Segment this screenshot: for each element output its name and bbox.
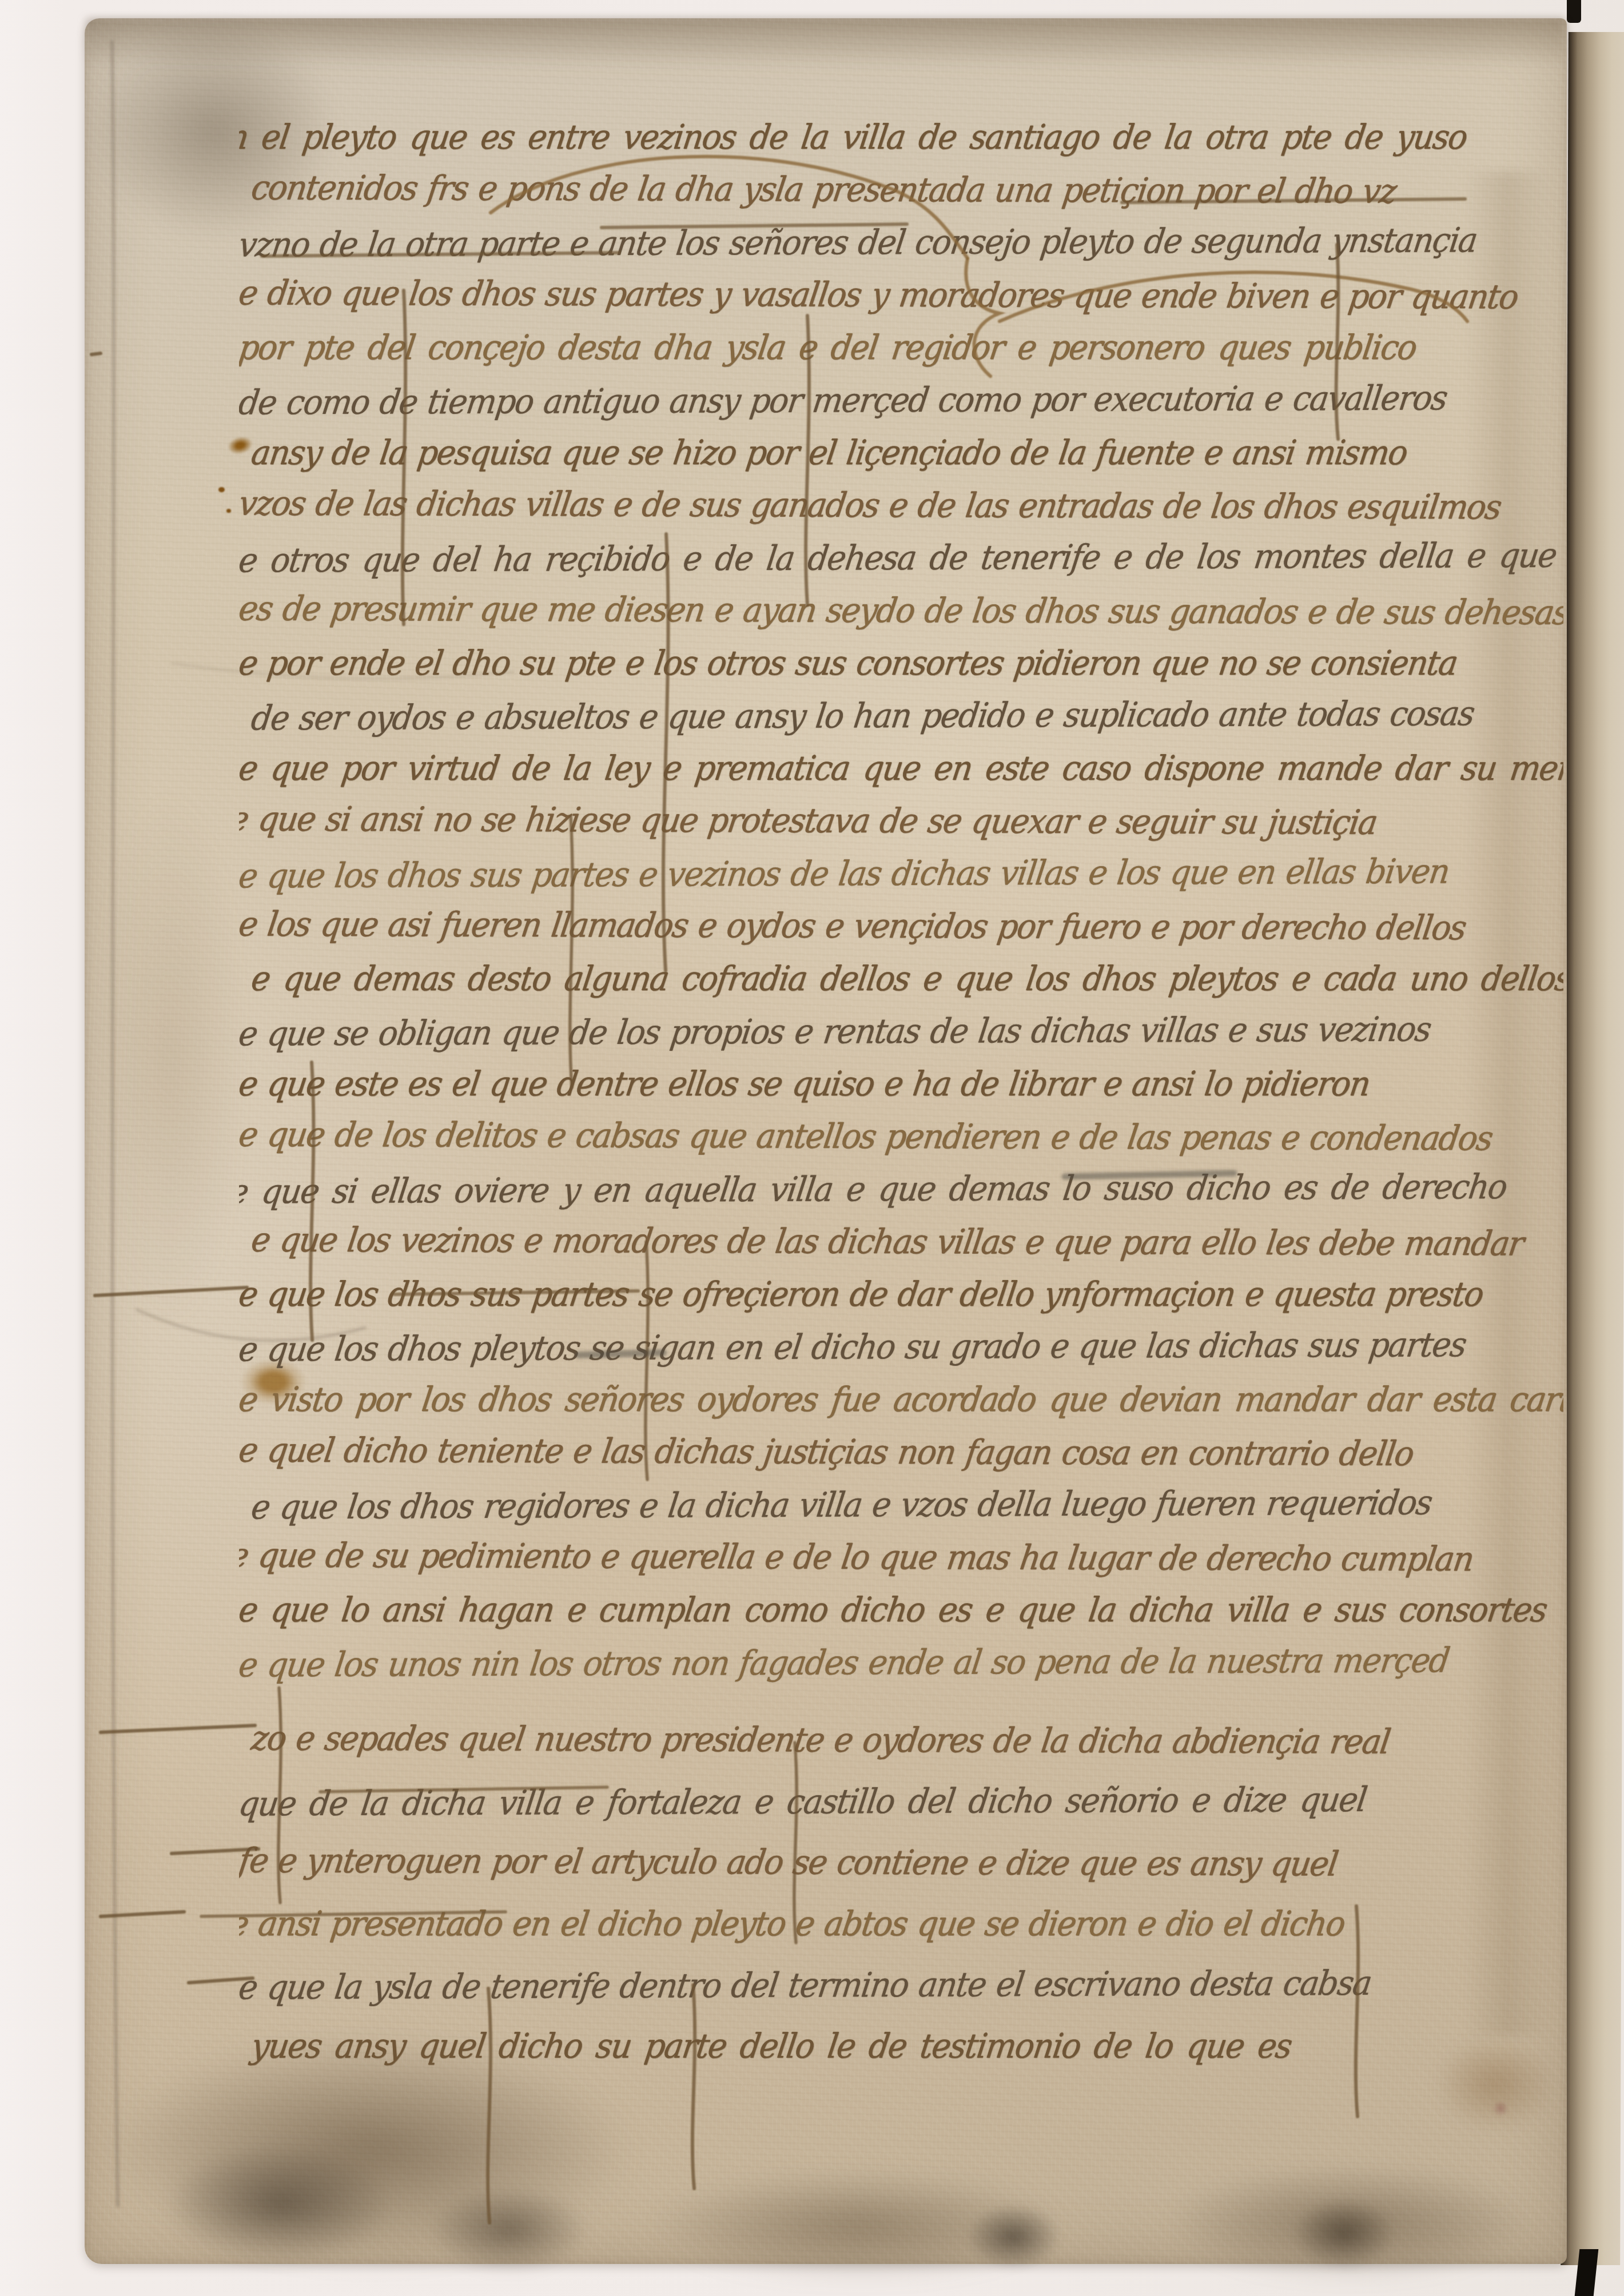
manuscript-line: e que si ellas oviere y en aquella villa… bbox=[239, 1169, 1563, 1226]
manuscript-line: e que demas desto alguna cofradia dellos… bbox=[252, 960, 1563, 1013]
manuscript-line: por pte del conçejo desta dha ysla e del… bbox=[239, 329, 1563, 382]
manuscript-line: e que este es el que dentre ellos se qui… bbox=[239, 1066, 1563, 1118]
manuscript-line: vzos de las dichas villas e de sus ganad… bbox=[239, 485, 1563, 541]
manuscript-line: e por ende el dho su pte e los otros sus… bbox=[239, 645, 1563, 697]
scanned-manuscript: En el pleyto que es entre vezinos de la … bbox=[0, 0, 1624, 2296]
text-block: En el pleyto que es entre vezinos de la … bbox=[239, 119, 1563, 2108]
manuscript-line: e que los vezinos e moradores de las dic… bbox=[252, 1221, 1563, 1278]
manuscript-line: En el pleyto que es entre vezinos de la … bbox=[239, 119, 1563, 172]
manuscript-line: e que la ysla de tenerife dentro del ter… bbox=[239, 1964, 1563, 2031]
manuscript-line: e visto por los dhos señores oydores fue… bbox=[239, 1381, 1563, 1434]
manuscript-line: ansy de la pesquisa que se hizo por el l… bbox=[252, 435, 1563, 487]
manuscript-line: fe e ynteroguen por el artyculo ado se c… bbox=[239, 1842, 1563, 1907]
manuscript-line: que de la dicha villa e fortaleza e cast… bbox=[239, 1781, 1563, 1847]
manuscript-line: e que si ansi no se hiziese que protesta… bbox=[239, 800, 1563, 857]
manuscript-line: e que los dhos sus partes e vezinos de l… bbox=[239, 853, 1563, 911]
manuscript-line: e que los dhos sus partes se ofreçieron … bbox=[239, 1276, 1563, 1329]
manuscript-line: e que de los delitos e cabsas que antell… bbox=[239, 1116, 1563, 1173]
manuscript-line: e que los dhos regidores e la dicha vill… bbox=[252, 1484, 1563, 1542]
manuscript-line: yues ansy quel dicho su parte dello le d… bbox=[252, 2028, 1563, 2089]
manuscript-line: e quel dicho teniente e las dichas justi… bbox=[239, 1432, 1563, 1488]
manuscript-line: contenidos frs e pons de la dha ysla pre… bbox=[252, 169, 1563, 226]
manuscript-line: e que de su pedimiento e querella e de l… bbox=[239, 1537, 1563, 1593]
manuscript-line: e que lo ansi hagan e cumplan como dicho… bbox=[239, 1592, 1563, 1644]
manuscript-line: e ansi presentado en el dicho pleyto e a… bbox=[239, 1906, 1563, 1967]
manuscript-line: e que por virtud de la ley e prematica q… bbox=[239, 750, 1563, 803]
manuscript-line: de ser oydos e absueltos e que ansy lo h… bbox=[252, 695, 1563, 753]
manuscript-line: e otros que del ha reçibido e de la dehe… bbox=[239, 537, 1563, 595]
manuscript-line: e que los unos nin los otros non fagades… bbox=[239, 1642, 1563, 1700]
manuscript-line: zo e sepades quel nuestro presidente e o… bbox=[252, 1720, 1563, 1785]
binding-mark-bottom bbox=[1575, 2249, 1599, 2296]
manuscript-line: de como de tiempo antiguo ansy por merçe… bbox=[239, 380, 1563, 437]
manuscript-line: es de presumir que me diesen e ayan seyd… bbox=[239, 590, 1563, 647]
binding-mark-top bbox=[1567, 0, 1581, 23]
next-leaf-edge bbox=[1561, 32, 1624, 2265]
manuscript-line: e que se obligan que de los propios e re… bbox=[239, 1011, 1563, 1069]
manuscript-line: vzno de la otra parte e ante los señores… bbox=[239, 222, 1563, 280]
manuscript-line: e que los dhos pleytos se sigan en el di… bbox=[239, 1326, 1563, 1384]
manuscript-line: e los que asi fueren llamados e oydos e … bbox=[239, 906, 1563, 962]
manuscript-line: e dixo que los dhos sus partes y vasallo… bbox=[239, 274, 1563, 331]
